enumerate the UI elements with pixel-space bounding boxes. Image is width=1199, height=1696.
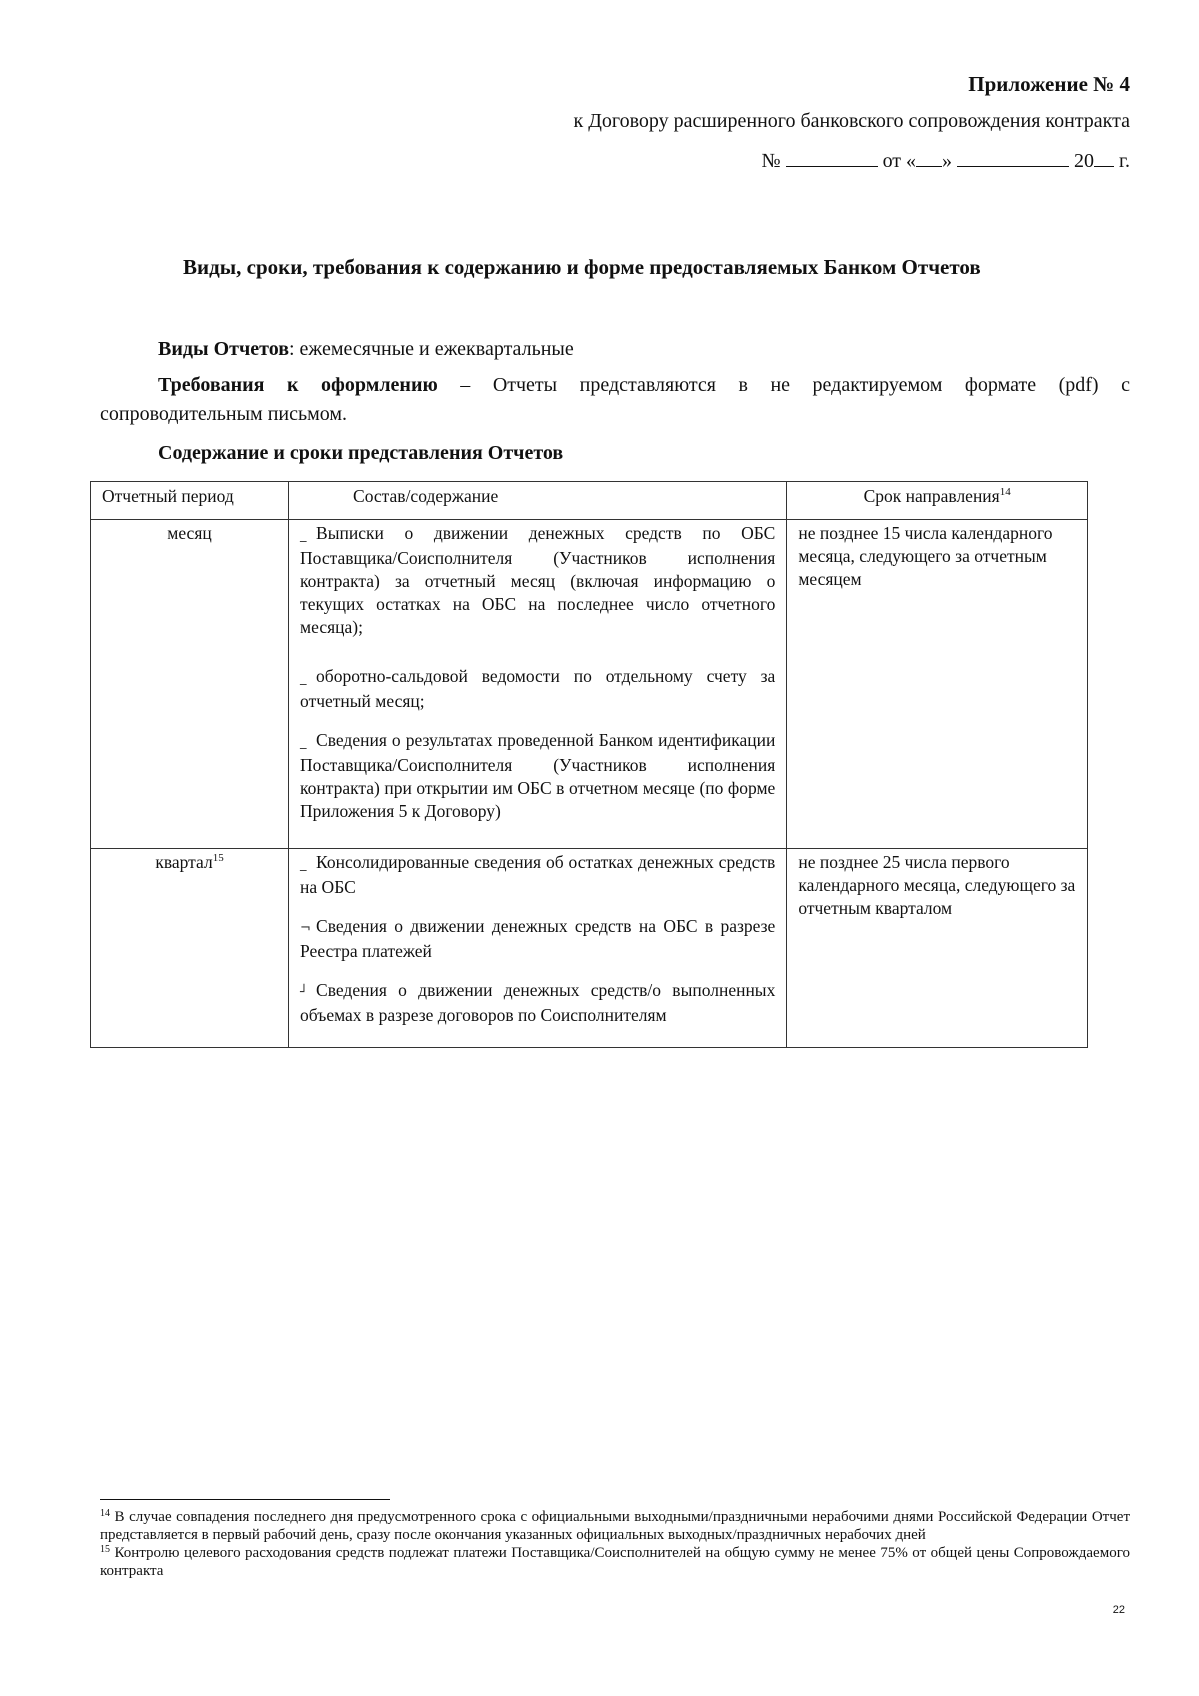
year-blank xyxy=(1094,148,1114,167)
footnote-14: 14 В случае совпадения последнего дня пр… xyxy=(100,1508,1130,1544)
footnotes: 14 В случае совпадения последнего дня пр… xyxy=(100,1508,1130,1580)
bullet-icon: _ xyxy=(300,667,316,690)
report-kinds-value: : ежемесячные и ежеквартальные xyxy=(289,338,574,360)
contract-number-line: № от «» 20 г. xyxy=(761,148,1130,173)
deadline-text: не позднее 25 числа первого календарного… xyxy=(798,852,1075,918)
month-blank xyxy=(957,148,1069,167)
deadline-text: не позднее 15 числа календарного месяца,… xyxy=(798,523,1052,589)
day-blank xyxy=(916,148,942,167)
content-item-text: Выписки о движении денежных средств по О… xyxy=(300,523,775,637)
footnote-ref-15: 15 xyxy=(213,852,224,864)
content-item: _Консолидированные сведения об остатках … xyxy=(300,851,775,899)
content-item-text: Сведения о результатах проведенной Банко… xyxy=(300,730,775,821)
requirements-line-1: Требования к оформлению – Отчеты предста… xyxy=(100,371,1130,400)
section-heading: Содержание и сроки представления Отчетов xyxy=(158,442,563,465)
header-deadline: Срок направления14 xyxy=(787,482,1088,520)
content-item-text: оборотно-сальдовой ведомости по отдельно… xyxy=(300,666,775,711)
period-cell: месяц xyxy=(91,520,289,849)
header-period: Отчетный период xyxy=(91,482,289,520)
table-header-row: Отчетный период Состав/содержание Срок н… xyxy=(91,482,1088,520)
appendix-title: Приложение № 4 xyxy=(968,72,1130,97)
year-prefix: 20 xyxy=(1074,150,1094,172)
footnote-text: В случае совпадения последнего дня преду… xyxy=(100,1509,1130,1543)
deadline-cell: не позднее 25 числа первого календарного… xyxy=(787,849,1088,1048)
period-label: месяц xyxy=(167,523,211,543)
footnote-number: 14 xyxy=(100,1508,110,1519)
number-sign: № xyxy=(761,150,780,172)
content-cell: _Выписки о движении денежных средств по … xyxy=(289,520,787,849)
bullet-icon: ¬ xyxy=(300,917,316,940)
document-title: Виды, сроки, требования к содержанию и ф… xyxy=(183,255,981,280)
content-item-text: Сведения о движении денежных средств/о в… xyxy=(300,980,775,1025)
footnote-text: Контролю целевого расходования средств п… xyxy=(100,1545,1130,1579)
deadline-cell: не позднее 15 числа календарного месяца,… xyxy=(787,520,1088,849)
reports-table: Отчетный период Состав/содержание Срок н… xyxy=(90,481,1088,1048)
requirements-label: Требования к оформлению xyxy=(158,374,438,396)
contract-number-blank xyxy=(786,148,878,167)
bullet-icon: _ xyxy=(300,524,316,547)
page-number: 22 xyxy=(1113,1604,1125,1616)
footnote-separator xyxy=(100,1499,390,1500)
requirements-text-2: сопроводительным письмом. xyxy=(100,403,347,425)
bullet-icon: _ xyxy=(300,853,316,876)
date-quote-close: » xyxy=(942,150,952,172)
bullet-icon: _ xyxy=(300,731,316,754)
report-kinds-label: Виды Отчетов xyxy=(158,338,289,360)
content-item-text: Консолидированные сведения об остатках д… xyxy=(300,852,775,897)
appendix-subtitle: к Договору расширенного банковского сопр… xyxy=(574,110,1130,133)
date-from-label: от « xyxy=(883,150,916,172)
content-cell: _Консолидированные сведения об остатках … xyxy=(289,849,787,1048)
content-item: _Выписки о движении денежных средств по … xyxy=(300,522,775,639)
header-period-label: Отчетный период xyxy=(102,486,234,506)
footnote-15: 15 Контролю целевого расходования средст… xyxy=(100,1544,1130,1580)
report-kinds-paragraph: Виды Отчетов: ежемесячные и ежеквартальн… xyxy=(100,335,1130,364)
table-row: квартал15 _Консолидированные сведения об… xyxy=(91,849,1088,1048)
footnote-number: 15 xyxy=(100,1544,110,1555)
requirements-text-1: – Отчеты представляются в не редактируем… xyxy=(438,374,1130,396)
header-deadline-label: Срок направления xyxy=(864,486,1000,506)
requirements-paragraph: Требования к оформлению – Отчеты предста… xyxy=(100,371,1130,429)
content-item: _Сведения о результатах проведенной Банк… xyxy=(300,729,775,823)
content-item: _оборотно-сальдовой ведомости по отдельн… xyxy=(300,665,775,713)
header-content-label: Состав/содержание xyxy=(353,486,498,506)
bullet-icon: ┘ xyxy=(300,981,316,1004)
table-row: месяц _Выписки о движении денежных средс… xyxy=(91,520,1088,849)
period-label: квартал xyxy=(155,852,212,872)
header-content: Состав/содержание xyxy=(289,482,787,520)
period-cell: квартал15 xyxy=(91,849,289,1048)
content-item: ┘Сведения о движении денежных средств/о … xyxy=(300,979,775,1027)
year-suffix: г. xyxy=(1119,150,1130,172)
content-item-text: Сведения о движении денежных средств на … xyxy=(300,916,775,961)
content-item: ¬Сведения о движении денежных средств на… xyxy=(300,915,775,963)
footnote-ref-14: 14 xyxy=(1000,486,1011,498)
